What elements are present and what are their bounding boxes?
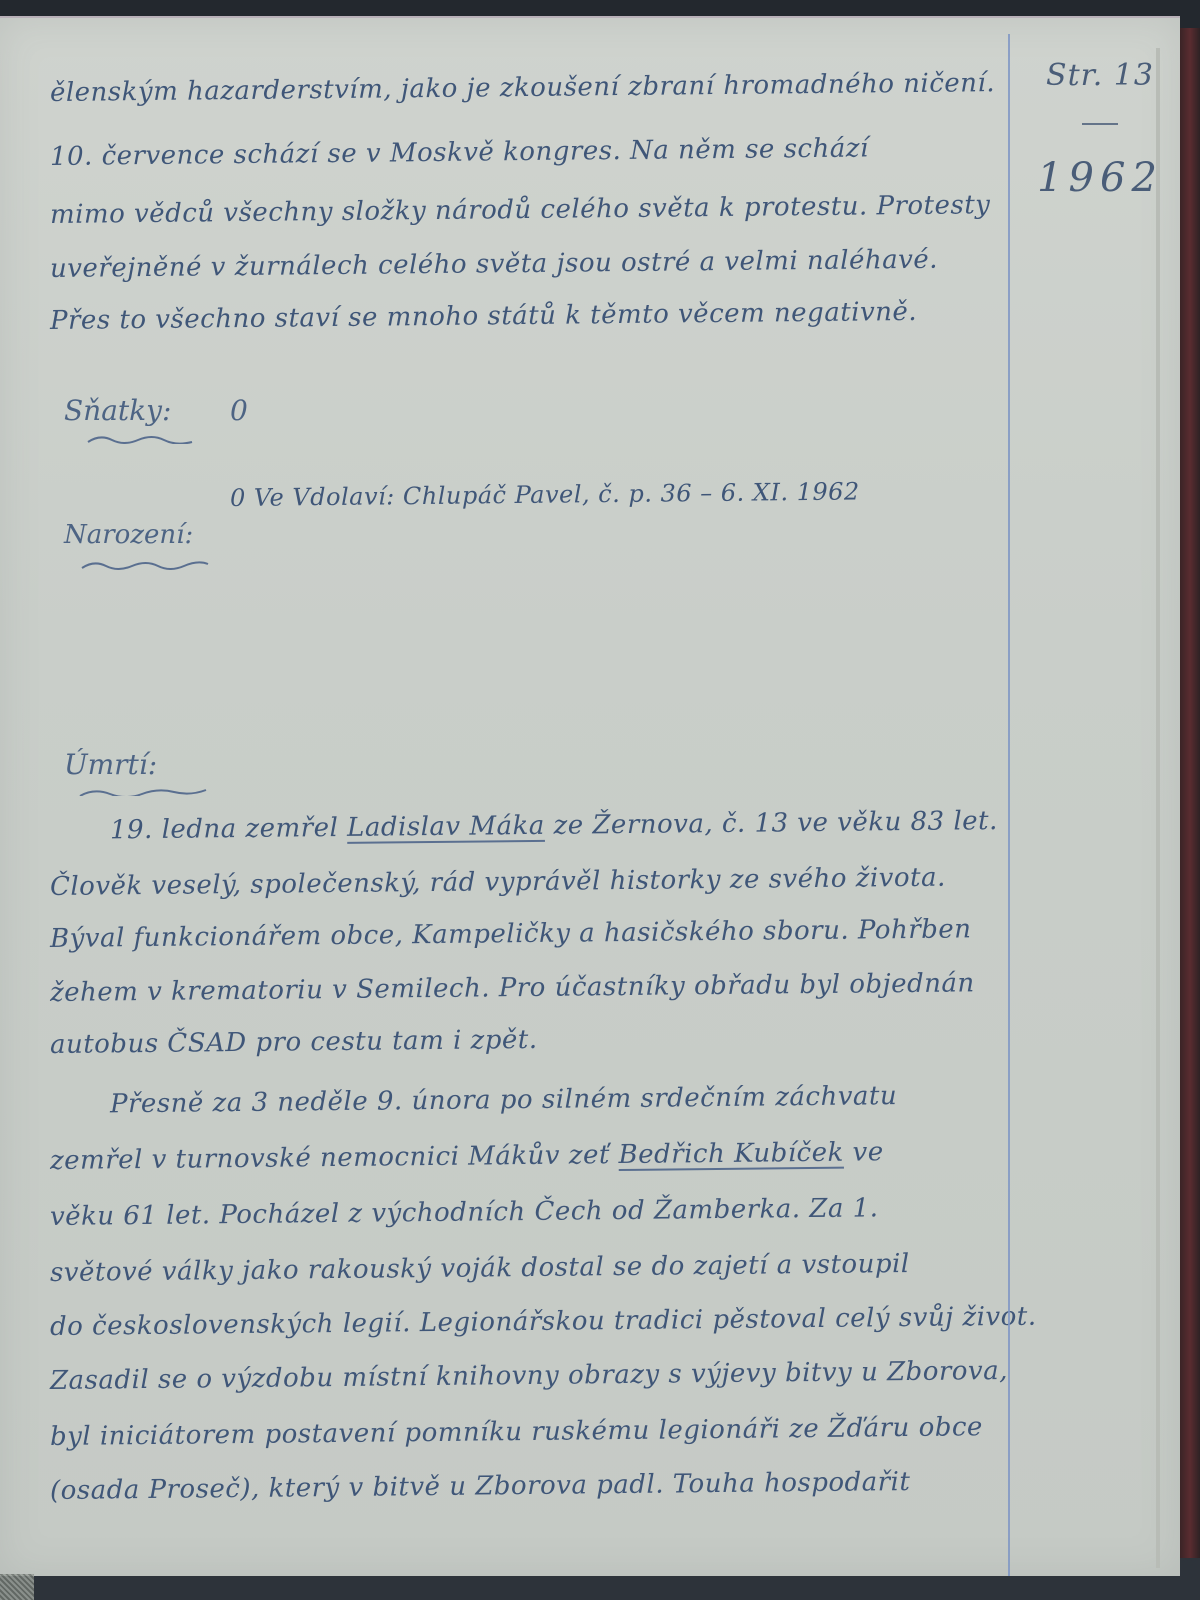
deaths-paragraph1-line: Člověk veselý, společenský, rád vyprávěl… bbox=[50, 863, 946, 902]
intro-line: Přes to všechno staví se mnoho států k t… bbox=[50, 297, 917, 336]
deaths-heading: Úmrtí: bbox=[64, 748, 157, 781]
weddings-heading: Sňatky: bbox=[64, 394, 171, 427]
underlined-person-name: Bedřich Kubíček bbox=[618, 1138, 844, 1170]
deaths-paragraph2-line: zemřel v turnovské nemocnici Mákův zeť B… bbox=[50, 1137, 884, 1176]
bookmark-ribbon bbox=[0, 1574, 34, 1600]
deaths-paragraph2-line: do československých legií. Legionářskou … bbox=[50, 1302, 1037, 1342]
heading-underline-squiggle bbox=[80, 560, 210, 570]
deaths-paragraph2-line: (osada Proseč), který v bitvě u Zborova … bbox=[50, 1467, 911, 1506]
deaths-paragraph2-line: Přesně za 3 neděle 9. února po silném sr… bbox=[50, 1081, 897, 1120]
intro-line: 10. července schází se v Moskvě kongres.… bbox=[50, 133, 869, 172]
deaths-paragraph1-line: autobus ČSAD pro cestu tam i zpět. bbox=[50, 1025, 538, 1060]
margin-annotation: Str. 13 1962 bbox=[1030, 58, 1170, 201]
margin-rule bbox=[1008, 34, 1010, 1576]
heading-underline-squiggle bbox=[86, 434, 196, 444]
page-number-label: Str. 13 bbox=[1030, 58, 1170, 93]
deaths-paragraph2-line: věku 61 let. Pocházel z východních Čech … bbox=[50, 1193, 879, 1232]
book-binding-edge bbox=[1180, 28, 1200, 1558]
chronicle-page: Str. 13 1962 ělenským hazarderstvím, jak… bbox=[0, 16, 1180, 1576]
intro-line: mimo vědců všechny složky národů celého … bbox=[50, 190, 991, 230]
scanned-page-scene: Str. 13 1962 ělenským hazarderstvím, jak… bbox=[0, 0, 1200, 1600]
deaths-paragraph1-line: 19. ledna zemřel Ladislav Máka ze Žernov… bbox=[50, 806, 998, 846]
deaths-paragraph1-line: Býval funkcionářem obce, Kampeličky a ha… bbox=[50, 914, 972, 954]
births-entry: 0 Ve Vdolaví: Chlupáč Pavel, č. p. 36 – … bbox=[230, 477, 860, 512]
deaths-paragraph2-line: byl iniciátorem postavení pomníku ruském… bbox=[50, 1412, 983, 1452]
deaths-paragraph2-line: Zasadil se o výzdobu místní knihovny obr… bbox=[50, 1356, 1008, 1396]
page-stack-edge bbox=[1156, 48, 1160, 1568]
chronicle-year: 1962 bbox=[1030, 155, 1170, 201]
weddings-value: 0 bbox=[230, 394, 248, 427]
deaths-paragraph1-line: žehem v krematoriu v Semilech. Pro účast… bbox=[50, 968, 975, 1008]
heading-underline-squiggle bbox=[78, 786, 208, 796]
intro-line: ělenským hazarderstvím, jako je zkoušení… bbox=[50, 68, 995, 108]
births-heading: Narození: bbox=[64, 520, 193, 550]
deaths-paragraph2-line: světové války jako rakouský voják dostal… bbox=[50, 1249, 910, 1288]
intro-line: uveřejněné v žurnálech celého světa jsou… bbox=[50, 245, 938, 284]
margin-separator bbox=[1082, 123, 1118, 125]
underlined-person-name: Ladislav Máka bbox=[347, 811, 545, 843]
